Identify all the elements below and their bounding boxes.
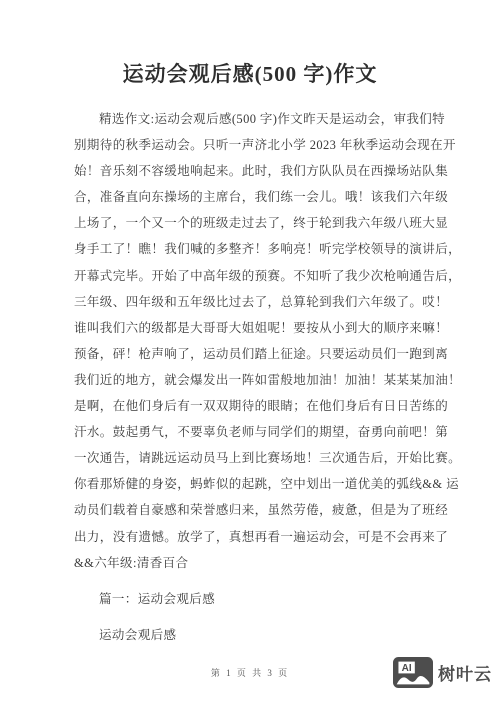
essay-line: &&六年级:清香百合	[74, 550, 434, 576]
brand-watermark: AI 树叶云	[393, 657, 492, 688]
brand-name: 树叶云	[438, 660, 492, 685]
essay-line: 身手工了！瞧！我们喊的多整齐！多响亮！听完学校领导的演讲后，	[74, 236, 434, 262]
essay-line: 精选作文:运动会观后感(500 字)作文昨天是运动会，审我们特	[74, 106, 434, 132]
essay-line: 你看那矫健的身姿，蚂蚱似的起跳，空中划出一道优美的弧线&& 运	[74, 471, 434, 497]
essay-line: 谁叫我们六的级都是大哥哥大姐姐呢！要按从小到大的顺序来嘛！	[74, 315, 434, 341]
essay-line: 是啊，在他们身后有一双双期待的眼睛；在他们身后有日日苦练的	[74, 393, 434, 419]
essay-line: 我们近的地方，就会爆发出一阵如雷般地加油！加油！某某某加油！	[74, 367, 434, 393]
essay-line: 汗水。鼓起勇气，不要辜负老师与同学们的期望，奋勇向前吧！第	[74, 419, 434, 445]
essay-line: 开幕式完毕。开始了中高年级的预赛。不知听了我少次枪响通告后，	[74, 263, 434, 289]
essay-line: 预备，砰！枪声响了，运动员们踏上征途。只要运动员们一跑到离	[74, 341, 434, 367]
essay-line: 始！音乐刻不容缓地响起来。此时，我们方队队员在西操场站队集	[74, 158, 434, 184]
essay-line: 合，准备直向东操场的主席台，我们练一会儿。哦！该我们六年级	[74, 184, 434, 210]
essay-body: 精选作文:运动会观后感(500 字)作文昨天是运动会，审我们特别期待的秋季运动会…	[74, 106, 434, 576]
section-subheading: 运动会观后感	[99, 625, 176, 643]
document-title: 运动会观后感(500 字)作文	[0, 58, 500, 88]
essay-line: 一次通告，请跳远运动员马上到比赛场地！三次通告后，开始比赛。	[74, 445, 434, 471]
essay-line: 动员们载着自豪感和荣誉感归来，虽然劳倦，疲惫，但是为了班经	[74, 497, 434, 523]
ai-picture-logo-icon: AI	[393, 657, 433, 688]
essay-line: 上场了，一个又一个的班级走过去了，终于轮到我六年级八班大显	[74, 210, 434, 236]
svg-text:AI: AI	[402, 663, 412, 674]
essay-line: 出力，没有遗憾。放学了，真想再看一遍运动会，可是不会再来了	[74, 524, 434, 550]
section-heading: 篇一：运动会观后感	[99, 589, 215, 607]
essay-line: 三年级、四年级和五年级比过去了，总算轮到我们六年级了。哎！	[74, 289, 434, 315]
essay-line: 别期待的秋季运动会。只听一声济北小学 2023 年秋季运动会现在开	[74, 132, 434, 158]
